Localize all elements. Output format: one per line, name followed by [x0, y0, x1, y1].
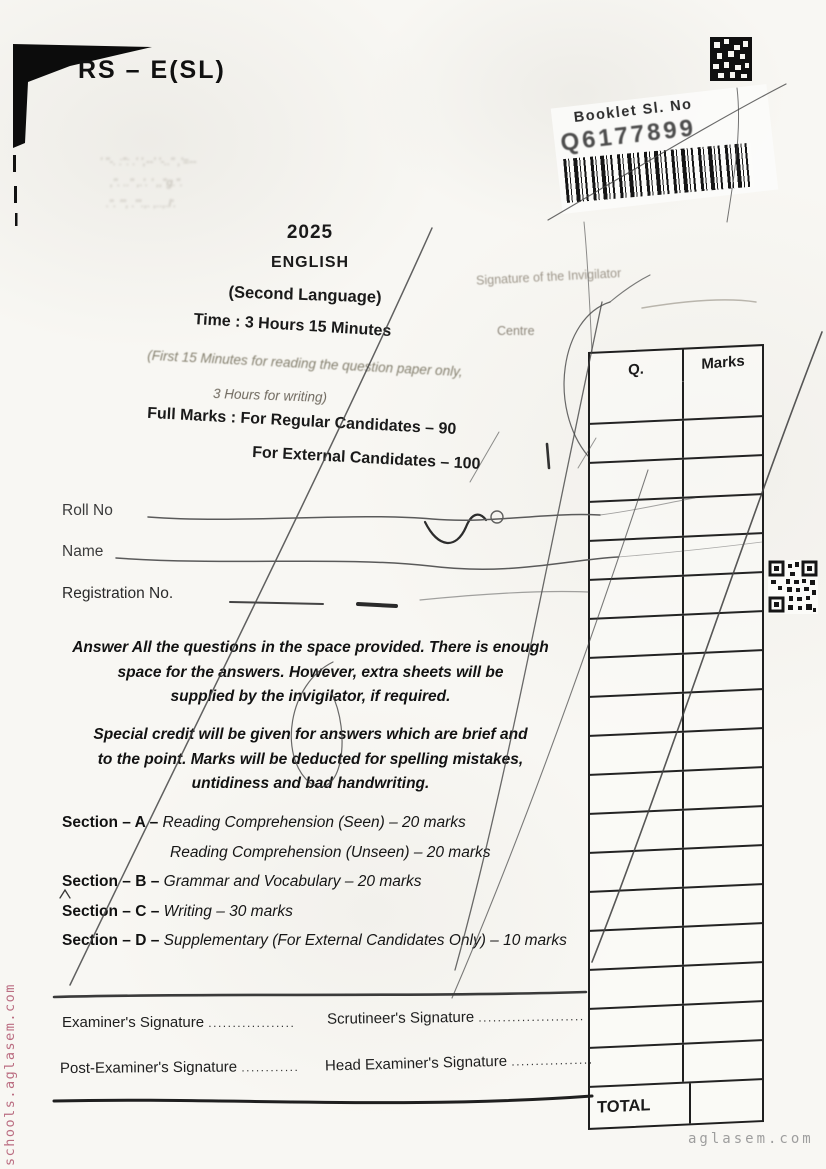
marks-table-empty-row	[590, 961, 762, 1008]
marks-cell	[684, 690, 762, 731]
full-marks-external: For External Candidates – 100	[252, 444, 481, 474]
full-marks-regular: Full Marks : For Regular Candidates – 90	[147, 405, 457, 439]
section-d-row: Section – D – Supplementary (For Externa…	[62, 932, 602, 962]
total-marks-cell	[691, 1080, 762, 1123]
section-desc: Supplementary (For External Candidates O…	[164, 932, 567, 949]
marks-cell	[684, 612, 762, 653]
section-b-row: Section – B – Grammar and Vocabulary – 2…	[62, 873, 602, 903]
marks-cell	[684, 651, 762, 692]
section-label: Section – D –	[62, 932, 159, 949]
marks-cell	[684, 846, 762, 887]
marks-cell	[684, 1041, 762, 1082]
marks-table-empty-row	[590, 883, 762, 930]
marks-cell	[684, 963, 762, 1004]
marks-table-empty-row	[590, 610, 762, 657]
sections-list: Section – A – Reading Comprehension (See…	[62, 814, 602, 962]
marks-table: Q. Marks	[588, 344, 764, 1130]
marks-cell	[684, 534, 762, 575]
dotted-line: ..................	[208, 1016, 295, 1030]
paper-code: RS – E(SL)	[78, 56, 226, 85]
marks-table-empty-row	[590, 727, 762, 774]
marks-table-empty-row	[590, 415, 762, 462]
head-examiner-signature-label: Head Examiner's Signature	[325, 1053, 508, 1075]
scrutineer-signature-label: Scrutineer's Signature	[327, 1009, 474, 1028]
instruction-line: Special credit will be given for answers…	[58, 723, 563, 748]
post-examiner-signature-label: Post-Examiner's Signature	[60, 1058, 237, 1077]
total-label: TOTAL	[590, 1083, 691, 1128]
question-cell	[590, 889, 684, 930]
reading-note-line1: (First 15 Minutes for reading the questi…	[90, 345, 520, 382]
question-cell	[590, 1006, 684, 1047]
head-examiner-signature-row: Head Examiner's Signature ..............…	[325, 1050, 594, 1074]
marks-table-header-marks: Marks	[684, 343, 762, 381]
marks-cell	[684, 885, 762, 926]
marks-cell	[684, 768, 762, 809]
section-label: Section – B –	[62, 873, 159, 890]
marks-table-empty-row	[590, 649, 762, 696]
section-desc: Writing – 30 marks	[164, 903, 293, 920]
qr-code-side-icon	[768, 560, 818, 614]
marks-cell	[684, 1002, 762, 1043]
marks-table-empty-row	[590, 805, 762, 852]
marks-table-empty-row	[590, 688, 762, 735]
instruction-paragraph-1: Answer All the questions in the space pr…	[58, 636, 563, 710]
centre-label: Centre	[497, 324, 535, 338]
dotted-line: ............	[241, 1060, 299, 1075]
watermark-left-vertical: schools.aglasem.com	[2, 948, 18, 1166]
marks-cell	[684, 573, 762, 614]
question-cell	[590, 1045, 684, 1086]
roll-no-label: Roll No	[62, 502, 113, 520]
marks-cell	[684, 417, 762, 458]
question-cell	[590, 499, 684, 540]
instruction-paragraph-2: Special credit will be given for answers…	[58, 723, 563, 797]
marks-cell	[684, 456, 762, 497]
marks-table-total-row: TOTAL	[590, 1078, 762, 1128]
instruction-line: supplied by the invigilator, if required…	[58, 685, 563, 710]
question-cell	[590, 616, 684, 657]
marks-cell	[684, 729, 762, 770]
marks-table-empty-row	[590, 571, 762, 618]
question-cell	[590, 850, 684, 891]
question-cell	[590, 928, 684, 969]
instruction-line: to the point. Marks will be deducted for…	[58, 748, 563, 773]
registration-no-label: Registration No.	[62, 585, 173, 603]
question-cell	[590, 655, 684, 696]
scrutineer-signature-row: Scrutineer's Signature .................…	[327, 1007, 585, 1028]
section-a-row: Section – A – Reading Comprehension (See…	[62, 814, 602, 844]
question-cell	[590, 967, 684, 1008]
question-cell	[590, 733, 684, 774]
instruction-line: untidiness and bad handwriting.	[58, 772, 563, 797]
instruction-line: Answer All the questions in the space pr…	[58, 636, 563, 661]
question-cell	[590, 772, 684, 813]
dotted-line: .................	[511, 1052, 594, 1068]
question-cell	[590, 694, 684, 735]
faded-print-line: .''. ''', .'''.,. ,..,.l'.	[100, 194, 350, 215]
marks-cell	[684, 495, 762, 536]
dotted-line: ......................	[478, 1009, 585, 1024]
question-cell	[590, 421, 684, 462]
section-desc: Grammar and Vocabulary – 20 marks	[164, 873, 422, 890]
marks-table-empty-row	[590, 1039, 762, 1086]
section-a2-row: Reading Comprehension (Unseen) – 20 mark…	[62, 844, 602, 874]
section-desc: Reading Comprehension (Unseen) – 20 mark…	[170, 844, 491, 861]
exam-year: 2025	[0, 222, 620, 244]
question-cell	[590, 382, 684, 423]
marks-table-empty-row	[590, 844, 762, 891]
qr-code-top-icon	[710, 37, 752, 83]
section-desc: Reading Comprehension (Seen) – 20 marks	[163, 814, 466, 831]
instruction-line: space for the answers. However, extra sh…	[58, 661, 563, 686]
exam-subject: ENGLISH	[0, 254, 620, 272]
marks-table-empty-row	[590, 922, 762, 969]
faded-print-line: ,''. ..'' ,.'. ' ,,''g.''.	[100, 173, 350, 194]
booklet-serial-sticker: Booklet Sl. No Q6177899	[551, 84, 779, 214]
marks-cell	[684, 924, 762, 965]
question-cell	[590, 577, 684, 618]
scanned-exam-cover-page: RS – E(SL) ' ''-. :'': .' ',--' '-..'' ,…	[0, 0, 826, 1169]
examiner-signature-row: Examiner's Signature ..................	[62, 1014, 295, 1031]
marks-table-empty-row	[590, 1000, 762, 1047]
section-label: Section – A –	[62, 814, 158, 831]
marks-table-body	[590, 378, 762, 1086]
marks-cell	[684, 807, 762, 848]
marks-table-empty-row	[590, 493, 762, 540]
marks-cell	[684, 378, 762, 419]
marks-table-empty-row	[590, 766, 762, 813]
reading-note-line2: 3 Hours for writing)	[120, 383, 420, 408]
faded-print-line: ' ''-. :'': .' ',--' '-..'' ,'=--	[100, 152, 350, 173]
marks-table-empty-row	[590, 532, 762, 579]
name-label: Name	[62, 543, 103, 561]
watermark-bottom-right: aglasem.com	[688, 1131, 814, 1147]
question-cell	[590, 538, 684, 579]
marks-table-empty-row	[590, 454, 762, 501]
question-cell	[590, 460, 684, 501]
question-cell	[590, 811, 684, 852]
section-label: Section – C –	[62, 903, 159, 920]
faded-print-block: ' ''-. :'': .' ',--' '-..'' ,'=-- ,''. .…	[100, 152, 350, 215]
section-c-row: Section – C – Writing – 30 marks	[62, 903, 602, 933]
post-examiner-signature-row: Post-Examiner's Signature ............	[60, 1058, 299, 1077]
examiner-signature-label: Examiner's Signature	[62, 1014, 204, 1031]
